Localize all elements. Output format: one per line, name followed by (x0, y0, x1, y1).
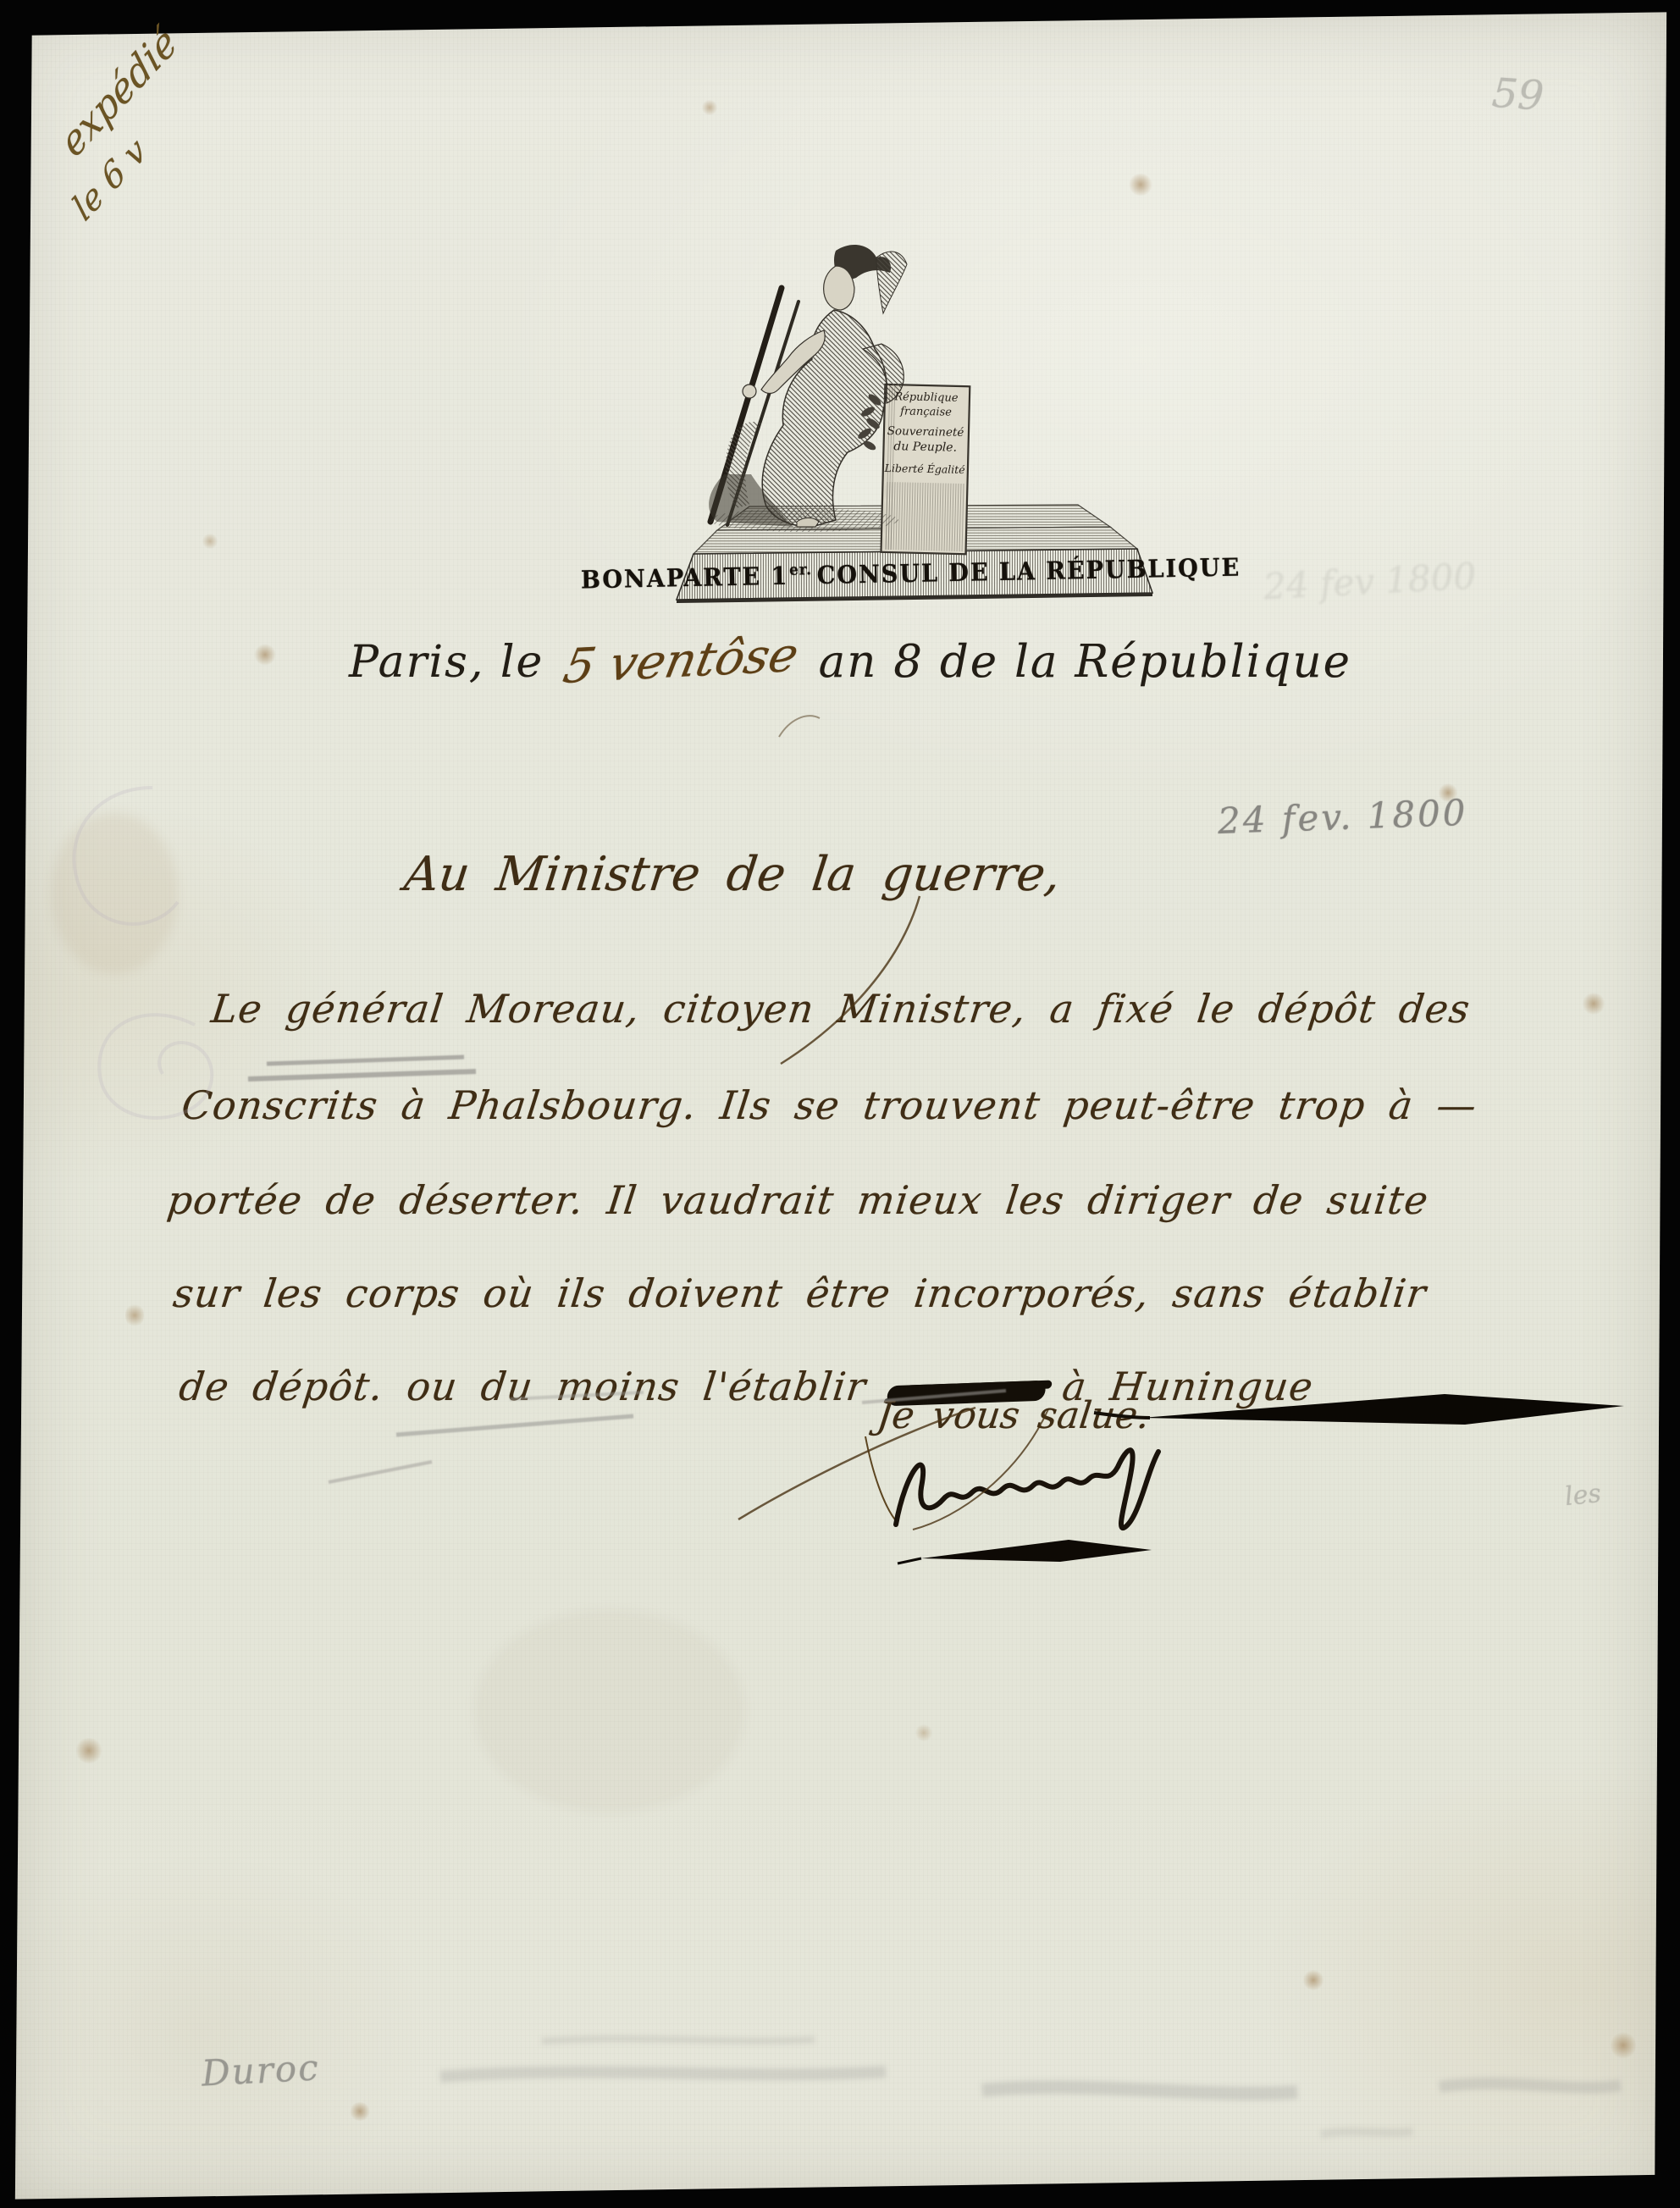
body-line-5-before-strike: de dépôt. ou du moins l'établir (177, 1364, 870, 1409)
tablet-line: Souveraineté (883, 424, 968, 440)
foxing-spot (254, 644, 276, 666)
foxing-spot (349, 2102, 371, 2121)
dateline-handwritten-date: 5 ventôse (559, 628, 803, 694)
foxing-spot (1611, 2031, 1636, 2060)
dateline-printed-prefix: Paris, le (349, 637, 544, 688)
caption-superscript: er. (788, 562, 811, 580)
hand (743, 385, 756, 398)
tablet-line: Liberté Égalité (882, 462, 967, 477)
dateline: Paris, le 5 ventôse an 8 de la Républiqu… (349, 634, 1351, 689)
dateline-printed-suffix: an 8 de la République (819, 636, 1351, 688)
body-line-1: Le général Moreau, citoyen Ministre, a f… (209, 989, 1473, 1028)
pencil-date-annotation: 24 fev. 1800 (1217, 792, 1468, 842)
salutation: Au Ministre de la guerre, (401, 847, 1064, 902)
tablet-line: du Peuple. (882, 439, 967, 456)
foxing-spot (202, 534, 218, 549)
paper-stain (51, 813, 178, 974)
folio-number: 59 (1490, 69, 1545, 120)
body-line-3: portée de déserter. Il vaudrait mieux le… (165, 1181, 1431, 1220)
seated-republic-figure (709, 245, 907, 532)
tablet-inscription: République française Souveraineté du Peu… (882, 390, 969, 477)
tablet-line: République (884, 390, 969, 407)
caption-pre: BONAPARTE 1 (580, 562, 788, 595)
foxing-spot (75, 1738, 103, 1763)
body-line-4: sur les corps où ils doivent être incorp… (171, 1274, 1429, 1313)
foxing-spot (915, 1724, 933, 1741)
margin-scribble: les (1563, 1479, 1602, 1512)
foxing-spot (701, 100, 718, 115)
foxing-spot (1302, 1970, 1324, 1990)
bonaparte-signature (847, 1413, 1202, 1591)
foxing-spot (1128, 174, 1153, 196)
helmet-crest (876, 252, 907, 313)
photographed-letter-page: expédié le 6 v 59 (0, 0, 1680, 2208)
engraved-vignette: République française Souveraineté du Peu… (622, 212, 1198, 603)
paper-stain (474, 1609, 745, 1812)
foxing-spot (125, 1303, 144, 1328)
body-line-2: Conscrits à Phalsbourg. Ils se trouvent … (180, 1086, 1479, 1125)
signature-block: Bonaparte (847, 1413, 1202, 1591)
duroc-note: Duroc (201, 2046, 321, 2094)
tablet-line: française (883, 405, 968, 421)
foxing-spot (1582, 993, 1605, 1015)
